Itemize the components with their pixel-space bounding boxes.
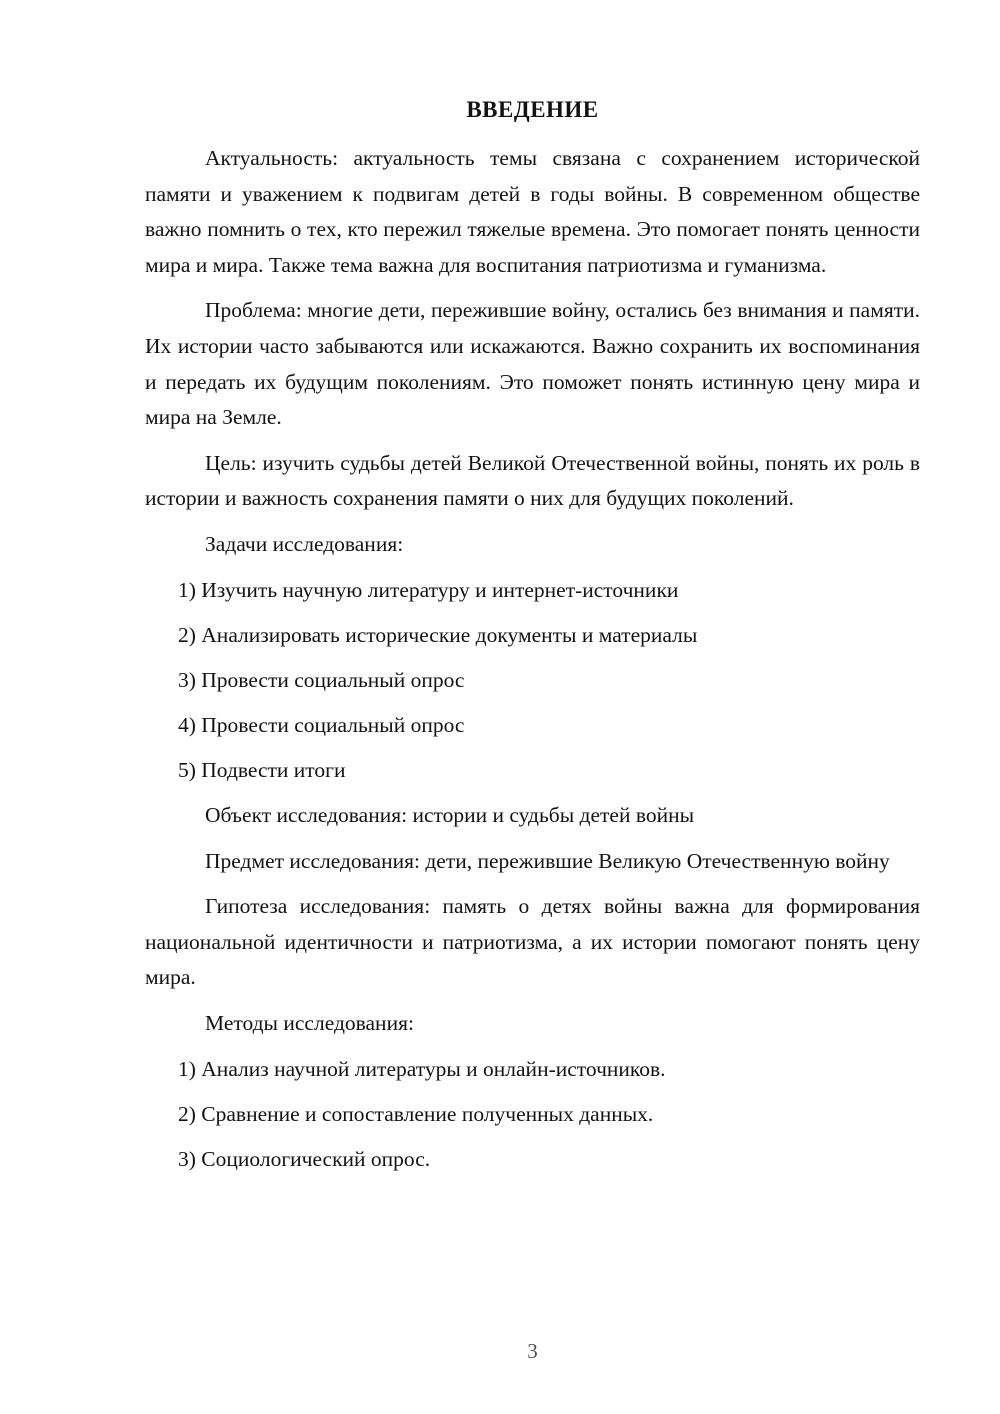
list-item: 2) Анализировать исторические документы … bbox=[145, 618, 920, 654]
document-page: ВВЕДЕНИЕ Актуальность: актуальность темы… bbox=[0, 0, 1000, 1414]
page-title: ВВЕДЕНИЕ bbox=[145, 92, 920, 128]
list-item: 1) Изучить научную литературу и интернет… bbox=[145, 573, 920, 609]
paragraph: Актуальность: актуальность темы связана … bbox=[145, 141, 920, 283]
page-number: 3 bbox=[145, 1339, 920, 1364]
list-item: 3) Социологический опрос. bbox=[145, 1142, 920, 1178]
list-item: 2) Сравнение и сопоставление полученных … bbox=[145, 1097, 920, 1133]
paragraph: Методы исследования: bbox=[145, 1006, 920, 1042]
list-item: 3) Провести социальный опрос bbox=[145, 663, 920, 699]
paragraph: Объект исследования: истории и судьбы де… bbox=[145, 798, 920, 834]
paragraph: Задачи исследования: bbox=[145, 527, 920, 563]
document-body: Актуальность: актуальность темы связана … bbox=[145, 141, 920, 1177]
paragraph: Цель: изучить судьбы детей Великой Отече… bbox=[145, 446, 920, 517]
paragraph: Предмет исследования: дети, пережившие В… bbox=[145, 844, 920, 880]
paragraph: Гипотеза исследования: память о детях во… bbox=[145, 889, 920, 996]
list-item: 4) Провести социальный опрос bbox=[145, 708, 920, 744]
paragraph: Проблема: многие дети, пережившие войну,… bbox=[145, 293, 920, 435]
list-item: 5) Подвести итоги bbox=[145, 753, 920, 789]
list-item: 1) Анализ научной литературы и онлайн-ис… bbox=[145, 1052, 920, 1088]
